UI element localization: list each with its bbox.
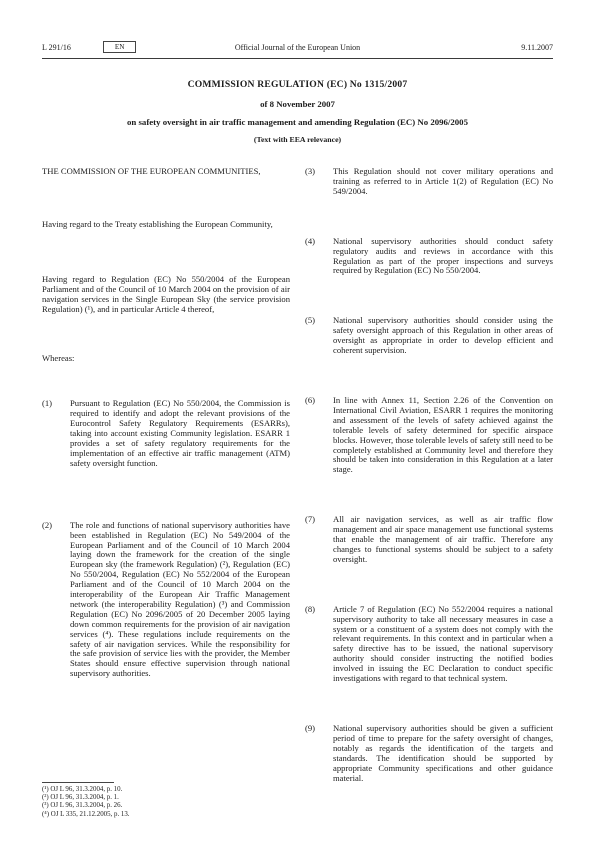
recital-8: (8) Article 7 of Regulation (EC) No 552/… bbox=[305, 605, 553, 684]
footnote-divider bbox=[42, 782, 114, 783]
recital-text: National supervisory authorities should … bbox=[333, 316, 553, 356]
header-divider bbox=[42, 58, 553, 59]
language-badge: EN bbox=[103, 41, 137, 53]
recital-7: (7) All air navigation services, as well… bbox=[305, 515, 553, 565]
footnote-3: (³) OJ L 96, 31.3.2004, p. 26. bbox=[42, 802, 290, 810]
page-reference: L 291/16 bbox=[42, 43, 71, 52]
right-column: (3) This Regulation should not cover mil… bbox=[305, 167, 553, 819]
recital-1: (1) Pursuant to Regulation (EC) No 550/2… bbox=[42, 399, 290, 468]
recital-number: (8) bbox=[305, 605, 333, 684]
recital-text: Article 7 of Regulation (EC) No 552/2004… bbox=[333, 605, 553, 684]
eea-relevance-note: (Text with EEA relevance) bbox=[0, 135, 595, 144]
recital-5: (5) National supervisory authorities sho… bbox=[305, 316, 553, 356]
recital-4: (4) National supervisory authorities sho… bbox=[305, 237, 553, 277]
recital-2: (2) The role and functions of national s… bbox=[42, 521, 290, 680]
regulation-subject-title: on safety oversight in air traffic manag… bbox=[0, 117, 595, 127]
footnote-4: (⁴) OJ L 335, 21.12.2005, p. 13. bbox=[42, 811, 290, 819]
regulation-date-title: of 8 November 2007 bbox=[0, 99, 595, 109]
whereas-label: Whereas: bbox=[42, 354, 290, 364]
recital-text: Pursuant to Regulation (EC) No 550/2004,… bbox=[70, 399, 290, 468]
recital-text: National supervisory authorities should … bbox=[333, 237, 553, 277]
recital-number: (4) bbox=[305, 237, 333, 277]
footnotes: (¹) OJ L 96, 31.3.2004, p. 10. (²) OJ L … bbox=[42, 782, 290, 819]
recital-text: National supervisory authorities should … bbox=[333, 724, 553, 783]
preamble-treaty: Having regard to the Treaty establishing… bbox=[42, 220, 290, 230]
title-block: COMMISSION REGULATION (EC) No 1315/2007 … bbox=[0, 79, 595, 144]
recital-number: (9) bbox=[305, 724, 333, 783]
page-header: Official Journal of the European Union L… bbox=[42, 40, 553, 54]
issue-date: 9.11.2007 bbox=[521, 43, 553, 52]
recital-number: (3) bbox=[305, 167, 333, 197]
preamble-opening: THE COMMISSION OF THE EUROPEAN COMMUNITI… bbox=[42, 167, 290, 177]
recital-number: (7) bbox=[305, 515, 333, 565]
recital-number: (6) bbox=[305, 396, 333, 475]
recital-6: (6) In line with Annex 11, Section 2.26 … bbox=[305, 396, 553, 475]
preamble-regulation: Having regard to Regulation (EC) No 550/… bbox=[42, 275, 290, 315]
recital-number: (5) bbox=[305, 316, 333, 356]
footnote-2: (²) OJ L 96, 31.3.2004, p. 1. bbox=[42, 794, 290, 802]
document-page: Official Journal of the European Union L… bbox=[0, 0, 595, 842]
left-column: THE COMMISSION OF THE EUROPEAN COMMUNITI… bbox=[42, 167, 290, 819]
recital-text: This Regulation should not cover militar… bbox=[333, 167, 553, 197]
recital-text: In line with Annex 11, Section 2.26 of t… bbox=[333, 396, 553, 475]
recital-9: (9) National supervisory authorities sho… bbox=[305, 724, 553, 783]
recital-text: The role and functions of national super… bbox=[70, 521, 290, 680]
recital-3: (3) This Regulation should not cover mil… bbox=[305, 167, 553, 197]
recital-number: (2) bbox=[42, 521, 70, 680]
recital-number: (1) bbox=[42, 399, 70, 468]
footnote-1: (¹) OJ L 96, 31.3.2004, p. 10. bbox=[42, 786, 290, 794]
body-columns: THE COMMISSION OF THE EUROPEAN COMMUNITI… bbox=[42, 167, 553, 819]
recital-text: All air navigation services, as well as … bbox=[333, 515, 553, 565]
regulation-number-title: COMMISSION REGULATION (EC) No 1315/2007 bbox=[0, 79, 595, 90]
